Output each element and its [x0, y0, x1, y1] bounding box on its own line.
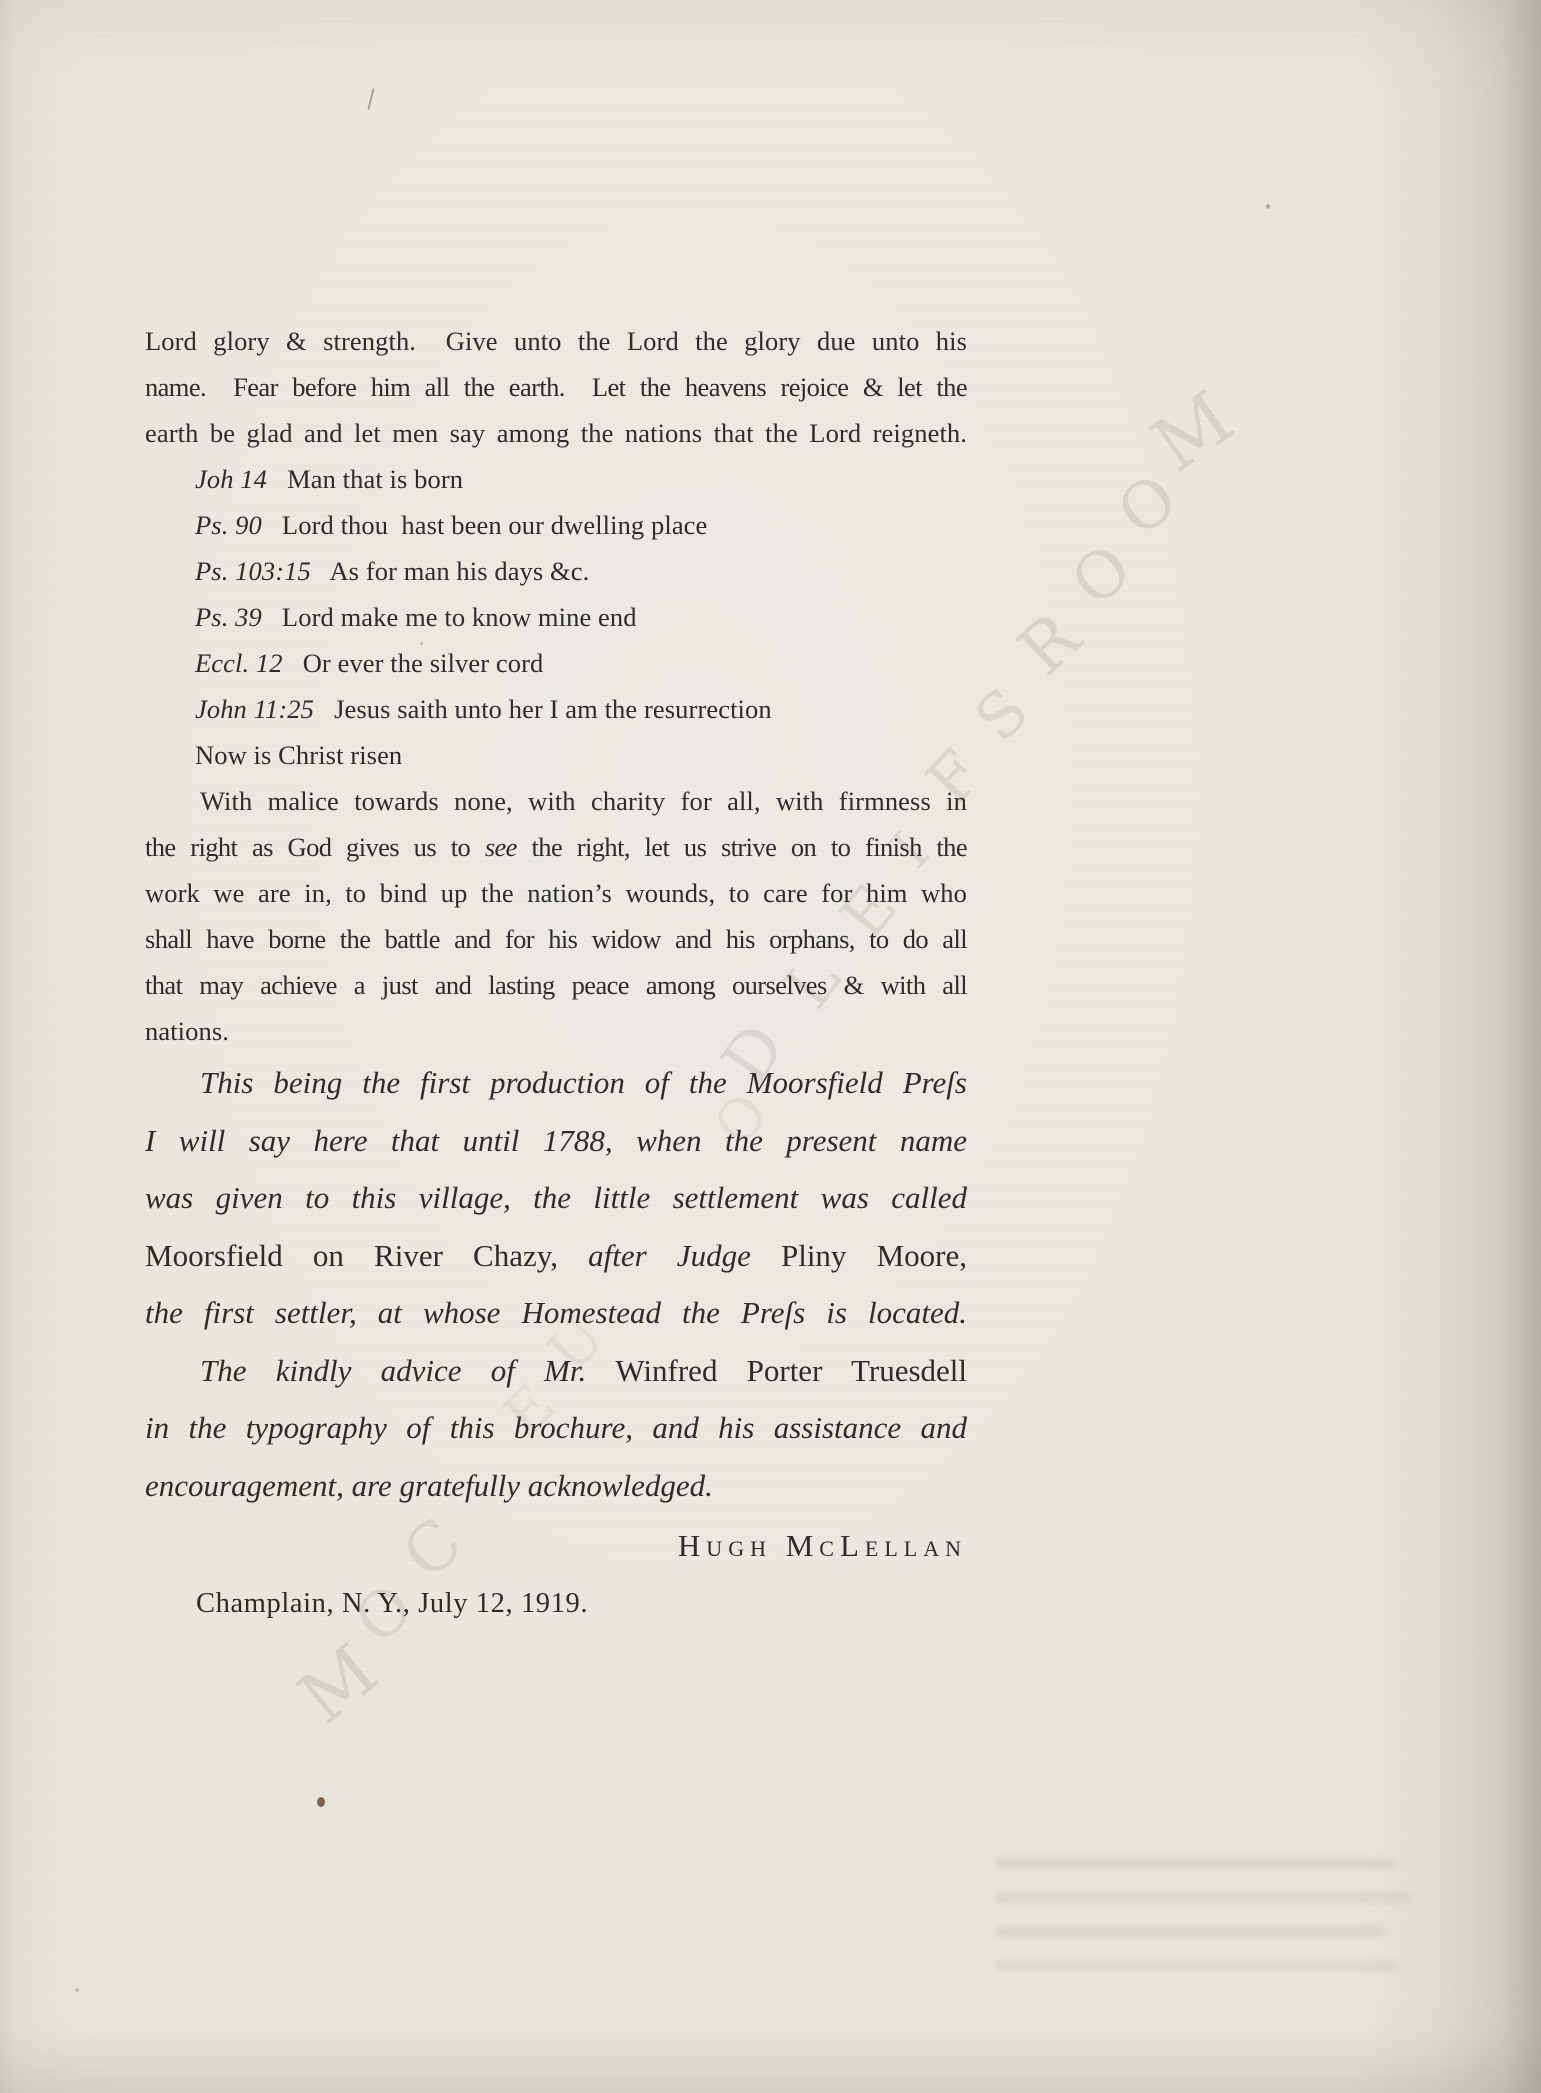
paper-speck	[75, 1988, 79, 1992]
text-line: nations.	[145, 1008, 967, 1054]
text-segment-alt: I will say here that until 1788, when th…	[145, 1123, 967, 1158]
text-line: earth be glad and let men say among the …	[145, 410, 967, 456]
text-segment: nations.	[145, 1016, 229, 1046]
text-segment: Lord glory & strength. Give unto the Lor…	[145, 326, 967, 356]
text-segment: Lord make me to know mine end	[262, 602, 637, 632]
text-segment: Jesus saith unto her I am the resurrecti…	[314, 694, 772, 724]
text-segment: Now is Christ risen	[195, 740, 402, 770]
text-segment: earth be glad and let men say among the …	[145, 418, 967, 448]
text-line: Joh 14 Man that is born	[145, 456, 967, 502]
text-line: Ps. 103:15 As for man his days &c.	[145, 548, 967, 594]
text-line: work we are in, to bind up the nation’s …	[145, 870, 967, 916]
text-segment-alt: Winfred Porter Truesdell	[615, 1353, 967, 1388]
text-segment: work we are in, to bind up the nation’s …	[145, 878, 967, 908]
scanned-page: MOORSFIELDOUECOM Lord glory & strength. …	[0, 0, 1541, 2093]
reverse-side-showthrough	[995, 1852, 1415, 2002]
ghost-text-line	[995, 1858, 1395, 1869]
text-segment: Man that is born	[267, 464, 463, 494]
dateline: Champlain, N. Y., July 12, 1919.	[196, 1582, 588, 1626]
text-segment: As for man his days &c.	[311, 556, 590, 586]
watermark-letter: S	[965, 678, 1039, 752]
text-segment-alt: The kindly advice of Mr.	[200, 1353, 615, 1388]
text-segment-alt: John 11:25	[195, 694, 314, 724]
text-line: shall have borne the battle and for his …	[145, 916, 967, 962]
text-segment-alt: in the typography of this brochure, and …	[145, 1410, 967, 1445]
text-line: in the typography of this brochure, and …	[145, 1399, 967, 1457]
paper-speck	[317, 1797, 325, 1807]
paper-speck	[420, 642, 423, 645]
text-segment: shall have borne the battle and for his …	[145, 924, 967, 954]
text-segment: the right, let us strive on to finish th…	[517, 832, 967, 862]
text-segment-alt: Eccl. 12	[195, 648, 283, 678]
text-segment: the right as God gives us to	[145, 832, 485, 862]
text-segment-alt: Joh 14	[195, 464, 267, 494]
text-line: Eccl. 12 Or ever the silver cord	[145, 640, 967, 686]
main-text-block: Lord glory & strength. Give unto the Lor…	[145, 318, 967, 1054]
text-segment-alt: see	[485, 832, 517, 862]
text-segment-alt: the first settler, at whose Homestead th…	[145, 1295, 967, 1330]
text-line: name. Fear before him all the earth. Let…	[145, 364, 967, 410]
text-segment-alt: This being the first production of the M…	[200, 1065, 967, 1100]
ghost-text-line	[995, 1926, 1385, 1937]
text-line: Now is Christ risen	[145, 732, 967, 778]
text-line: the first settler, at whose Homestead th…	[145, 1284, 967, 1342]
text-line: I will say here that until 1788, when th…	[145, 1112, 967, 1170]
text-line: was given to this village, the little se…	[145, 1169, 967, 1227]
paper-speck	[1266, 204, 1270, 209]
text-segment-alt: encouragement, are gratefully acknowledg…	[145, 1468, 713, 1503]
text-segment-alt: Moorsfield on River Chazy,	[145, 1238, 558, 1273]
text-line: Ps. 39 Lord make me to know mine end	[145, 594, 967, 640]
text-segment: Or ever the silver cord	[283, 648, 544, 678]
text-segment: that may achieve a just and lasting peac…	[145, 970, 967, 1000]
text-line: Lord glory & strength. Give unto the Lor…	[145, 318, 967, 364]
text-segment-alt: Pliny Moore,	[781, 1238, 967, 1273]
text-line: The kindly advice of Mr. Winfred Porter …	[145, 1342, 967, 1400]
text-line: Moorsfield on River Chazy, after Judge P…	[145, 1227, 967, 1285]
colophon-text-block: This being the first production of the M…	[145, 1054, 967, 1514]
text-segment: With malice towards none, with charity f…	[200, 786, 967, 816]
ghost-text-line	[995, 1960, 1400, 1971]
text-line: This being the first production of the M…	[145, 1054, 967, 1112]
text-line: John 11:25 Jesus saith unto her I am the…	[145, 686, 967, 732]
signature: Hugh McLellan	[145, 1524, 967, 1568]
text-segment: Lord thou hast been our dwelling place	[262, 510, 708, 540]
ghost-text-line	[995, 1892, 1410, 1903]
text-segment-alt: was given to this village, the little se…	[145, 1180, 967, 1215]
text-line: With malice towards none, with charity f…	[145, 778, 967, 824]
text-line: the right as God gives us to see the rig…	[145, 824, 967, 870]
text-segment-alt: Ps. 90	[195, 510, 262, 540]
scan-hair-artifact	[367, 88, 374, 110]
watermark-letter: M	[287, 1633, 390, 1735]
watermark-letter: M	[1141, 380, 1246, 484]
watermark-letter: R	[1008, 603, 1092, 688]
text-line: Ps. 90 Lord thou hast been our dwelling …	[145, 502, 967, 548]
text-line: encouragement, are gratefully acknowledg…	[145, 1457, 967, 1515]
text-line: that may achieve a just and lasting peac…	[145, 962, 967, 1008]
text-segment-alt: Ps. 39	[195, 602, 262, 632]
text-segment: name. Fear before him all the earth. Let…	[145, 372, 967, 402]
text-segment-alt: Ps. 103:15	[195, 556, 311, 586]
watermark-letter: O	[1108, 465, 1189, 548]
watermark-letter: O	[1061, 535, 1142, 618]
text-segment-alt: after Judge	[558, 1238, 781, 1273]
